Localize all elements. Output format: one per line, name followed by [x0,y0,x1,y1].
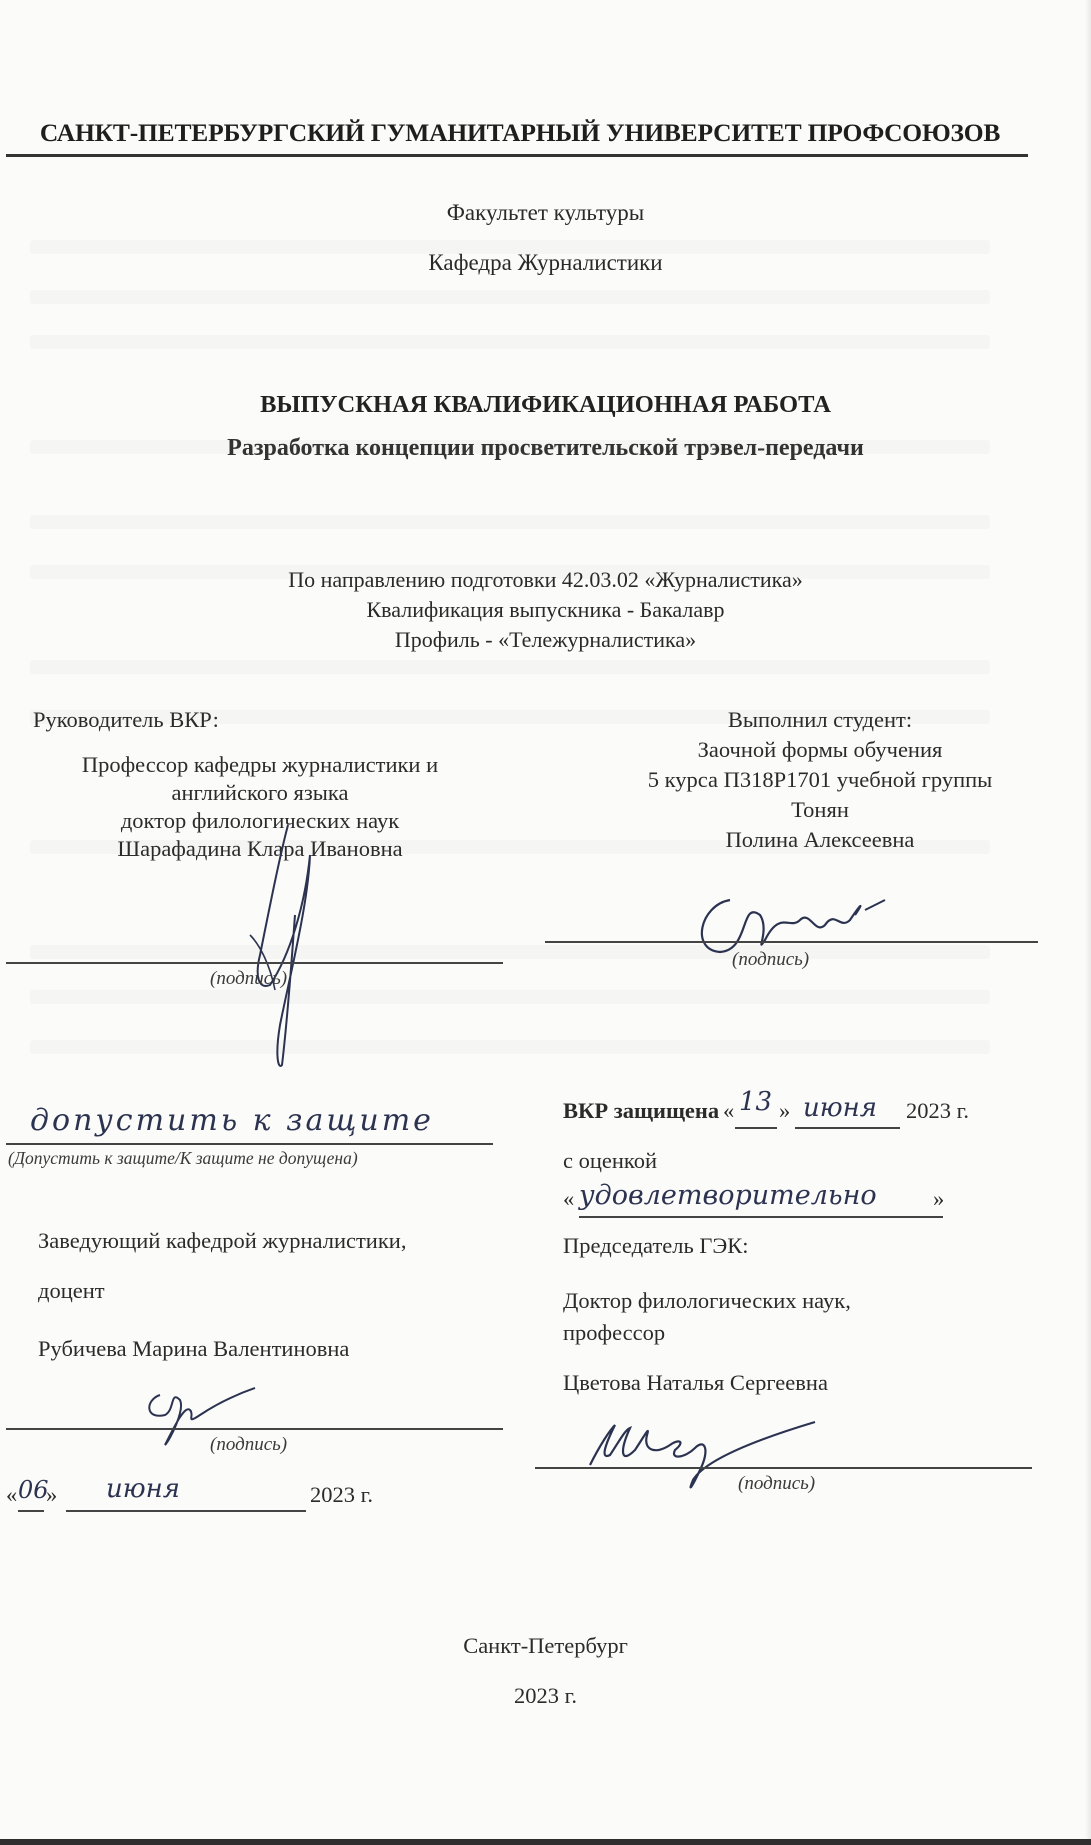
footer-year: 2023 г. [0,1683,1091,1709]
study-direction: По направлению подготовки 42.03.02 «Журн… [0,566,1091,594]
head-of-department-signature-line [6,1428,503,1430]
header-divider [6,154,1028,157]
defense-year: 2023 г. [906,1098,969,1124]
supervisor-position-cont: английского языка [10,780,510,806]
defense-date-row: ВКР защищена « 13 » июня 2023 г. [563,1095,1063,1131]
bleed-through-texture [0,0,1091,1845]
student-study-form: Заочной формы обучения [540,737,1091,763]
grade-line [579,1216,943,1218]
date-close-quote: » [46,1482,57,1508]
gek-chair-signature-line [535,1467,1032,1469]
admission-caption: (Допустить к защите/К защите не допущена… [8,1148,358,1169]
defense-day: 13 [739,1087,772,1117]
supervisor-signature-caption: (подпись) [210,968,287,990]
defense-month-line [795,1127,900,1129]
grade-value: удовлетворительно [579,1180,877,1211]
student-name: Полина Алексеевна [540,827,1091,853]
student-signature-caption: (подпись) [732,949,809,971]
gek-chair-name: Цветова Наталья Сергеевна [563,1370,828,1396]
supervisor-signature-line [6,962,503,964]
grade-row: « удовлетворительно » [563,1180,963,1220]
grade-label: с оценкой [563,1148,657,1174]
grade-close-quote: » [933,1186,944,1212]
head-of-department-date: « 06 » июня 2023 г. [6,1482,406,1512]
document-type-heading: ВЫПУСКНАЯ КВАЛИФИКАЦИОННАЯ РАБОТА [0,391,1091,419]
student-group: 5 курса П318Р1701 учебной группы [540,767,1091,793]
admission-line [6,1143,493,1145]
gek-chair-signature-caption: (подпись) [738,1473,815,1495]
date-month-line [66,1510,306,1512]
supervisor-signature [230,815,340,1075]
defense-close-quote: » [779,1098,790,1124]
qualification: Квалификация выпускника - Бакалавр [0,596,1091,624]
head-of-department-name: Рубичева Марина Валентиновна [38,1336,349,1362]
page-edge-shadow [1085,0,1091,1845]
study-profile: Профиль - «Тележурналистика» [0,626,1091,654]
thesis-topic: Разработка концепции просветительской тр… [0,435,1091,462]
grade-open-quote: « [563,1186,574,1212]
date-year: 2023 г. [310,1482,373,1508]
defense-label: ВКР защищена [563,1098,719,1124]
university-name: САНКТ-ПЕТЕРБУРГСКИЙ ГУМАНИТАРНЫЙ УНИВЕРС… [14,118,1026,148]
scan-bottom-edge [0,1839,1091,1845]
student-label: Выполнил студент: [540,707,1091,733]
date-day-line [18,1510,44,1512]
defense-day-line [735,1127,777,1129]
footer-city: Санкт-Петербург [0,1633,1091,1659]
head-of-department-position: Заведующий кафедрой журналистики, [38,1228,406,1254]
date-day: 06 [18,1476,49,1504]
thesis-title-page: САНКТ-ПЕТЕРБУРГСКИЙ ГУМАНИТАРНЫЙ УНИВЕРС… [0,0,1091,1845]
gek-chair-label: Председатель ГЭК: [563,1233,749,1259]
supervisor-position: Профессор кафедры журналистики и [10,752,510,778]
defense-month: июня [803,1093,877,1123]
admission-handwritten-decision: допустить к защите [30,1103,434,1138]
faculty-name: Факультет культуры [0,200,1091,226]
student-surname: Тонян [540,797,1091,823]
gek-chair-degree: Доктор филологических наук, [563,1288,851,1314]
head-of-department-rank: доцент [38,1278,105,1304]
defense-open-quote: « [723,1098,734,1124]
student-signature-line [545,941,1038,943]
date-month: июня [106,1474,180,1504]
head-of-department-signature-caption: (подпись) [210,1434,287,1456]
gek-chair-rank: профессор [563,1320,665,1346]
date-open-quote: « [6,1482,17,1508]
supervisor-label: Руководитель ВКР: [33,707,219,733]
department-name: Кафедра Журналистики [0,250,1091,276]
